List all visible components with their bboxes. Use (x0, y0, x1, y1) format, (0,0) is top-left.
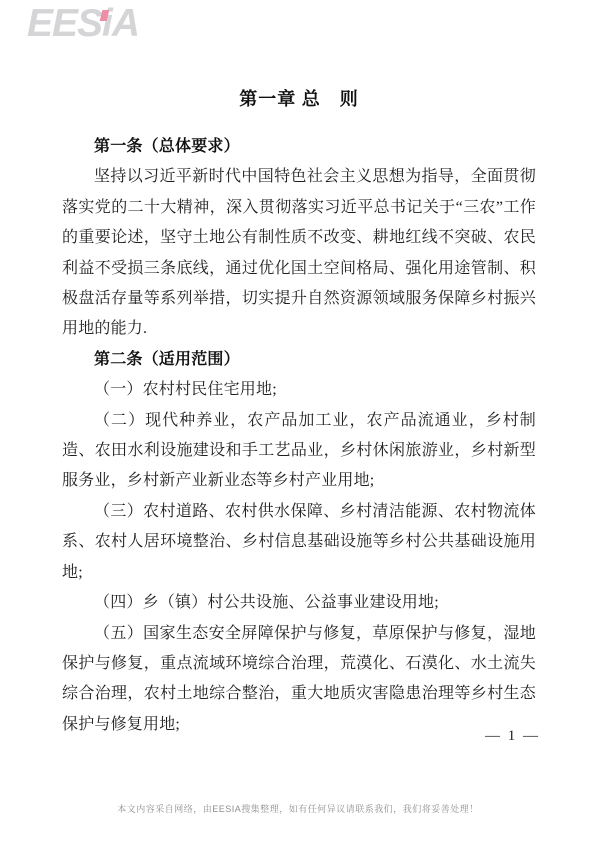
eesia-logo: EESiA (27, 2, 139, 46)
list-item: （三）农村道路、农村供水保障、乡村清洁能源、农村物流体系、农村人居环境整治、乡村… (62, 497, 536, 588)
footer-disclaimer: 本文内容采自网络，由EESIA搜集整理，如有任何异议请联系我们，我们将妥善处理！ (0, 802, 596, 815)
body-paragraph: 坚持以习近平新时代中国特色社会主义思想为指导，全面贯彻落实党的二十大精神，深入贯… (62, 162, 536, 344)
eesia-logo-text: EESiA (27, 2, 139, 45)
list-item: （二）现代种养业，农产品加工业，农产品流通业，乡村制造、农田水利设施建设和手工艺… (62, 406, 536, 497)
article-heading: 第二条（适用范围） (62, 345, 536, 375)
document-page: EESiA 第一章 总 则 第一条（总体要求） 坚持以习近平新时代中国特色社会主… (0, 0, 596, 842)
list-item: （四）乡（镇）村公共设施、公益事业建设用地; (62, 588, 536, 618)
document-content: 第一章 总 则 第一条（总体要求） 坚持以习近平新时代中国特色社会主义思想为指导… (62, 86, 536, 740)
chapter-title: 第一章 总 则 (62, 86, 536, 112)
article-heading: 第一条（总体要求） (62, 132, 536, 162)
page-number: — 1 — (485, 728, 540, 745)
list-item: （一）农村村民住宅用地; (62, 375, 536, 405)
list-item: （五）国家生态安全屏障保护与修复，草原保护与修复，湿地保护与修复，重点流域环境综… (62, 619, 536, 741)
